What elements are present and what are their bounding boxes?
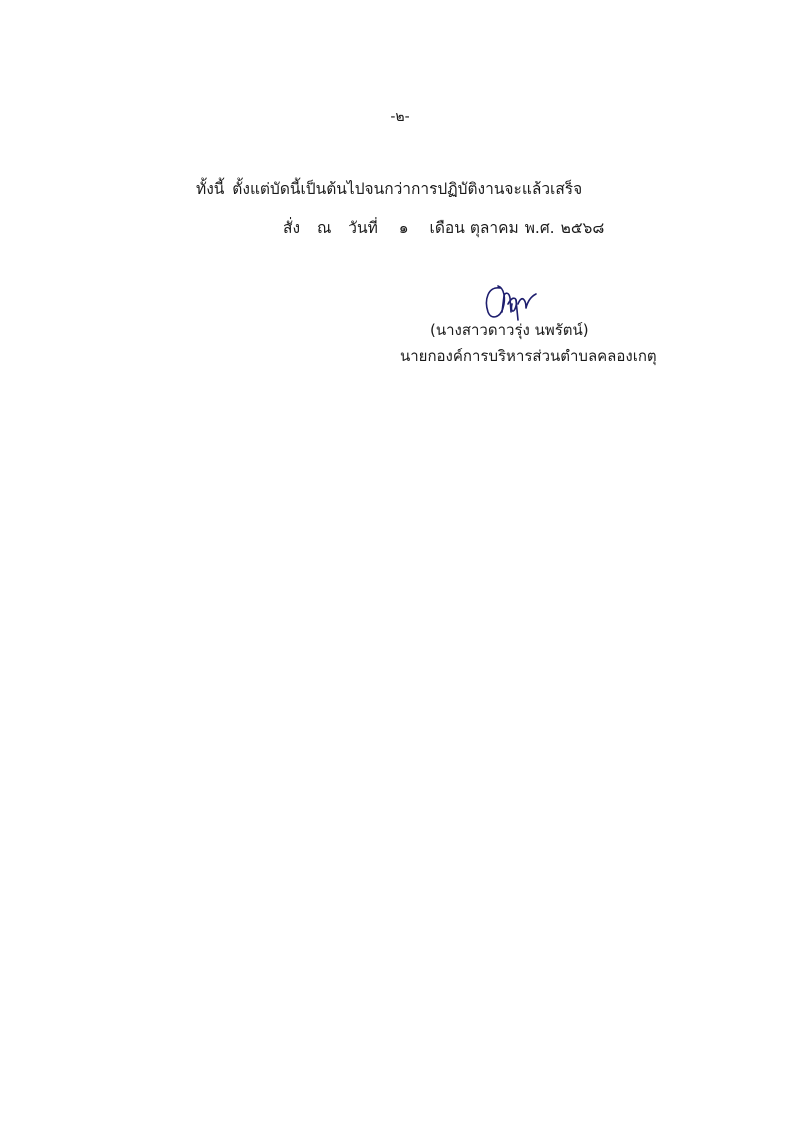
given-at: ณ (317, 219, 331, 237)
year-value: ๒๕๖๘ (561, 219, 605, 237)
given-label: สั่ง (283, 219, 300, 237)
month-label: เดือน (430, 219, 465, 237)
day-label: วันที่ (348, 219, 378, 237)
given-date-line: สั่ง ณ วันที่ ๑ เดือนตุลาคมพ.ศ.๒๕๖๘ (283, 215, 604, 240)
signer-name: (นางสาวดาวรุ่ง นพรัตน์) (430, 318, 589, 342)
signer-title: นายกองค์การบริหารส่วนตำบลคลองเกตุ (400, 344, 657, 368)
era-label: พ.ศ. (525, 219, 555, 237)
day-value: ๑ (399, 219, 409, 237)
signature-icon (478, 282, 558, 322)
document-page: -๒- ทั้งนี้ ตั้งแต่บัดนี้เป็นต้นไปจนกว่า… (0, 0, 800, 1138)
month-value: ตุลาคม (470, 219, 519, 237)
page-number: -๒- (0, 106, 800, 128)
effective-clause: ทั้งนี้ ตั้งแต่บัดนี้เป็นต้นไปจนกว่าการป… (196, 176, 582, 201)
